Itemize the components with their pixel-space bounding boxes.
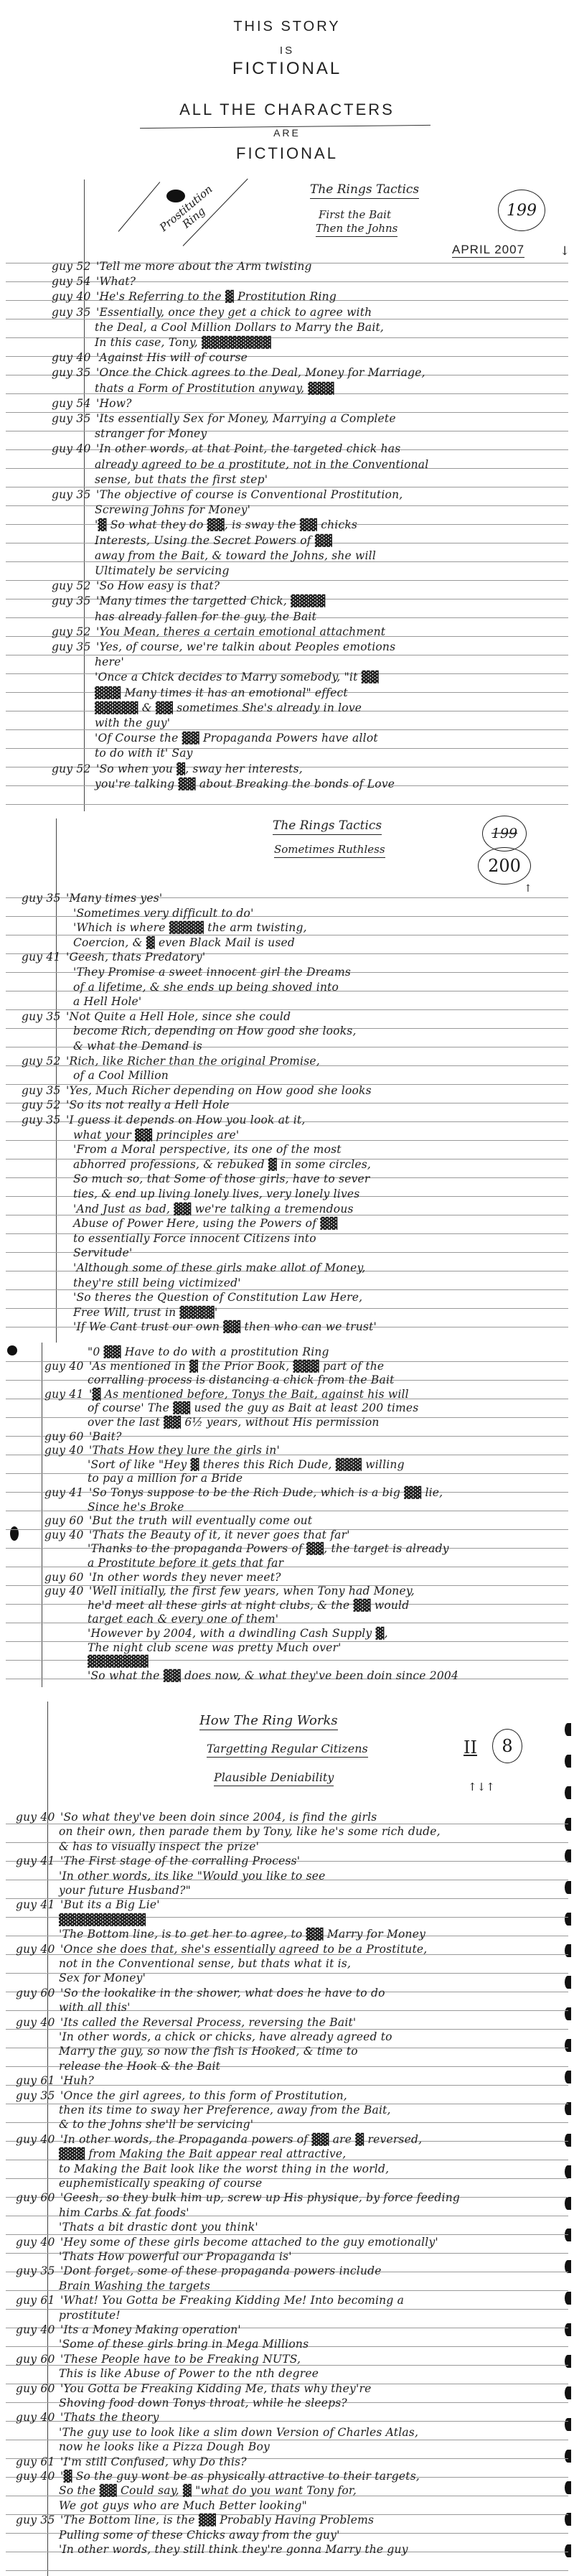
- dialogue-text: This is like Abuse of Power to the nth d…: [59, 2367, 319, 2380]
- dialogue-line: away from the Bait, & toward the Johns, …: [95, 549, 376, 562]
- binder-hole: [565, 2197, 571, 2210]
- dialogue-line: abhorred professions, & rebuked ▓ in som…: [73, 1158, 371, 1171]
- speaker-label: guy 35: [22, 1084, 66, 1097]
- page-number: 200: [478, 847, 531, 885]
- speaker-label: guy 40: [44, 1360, 89, 1373]
- speaker-label: guy 61: [16, 2074, 60, 2087]
- dialogue-text: & to the Johns she'll be servicing': [59, 2118, 253, 2131]
- dialogue-text: So the ▓▓ Could say, ▓ "what do you want…: [59, 2484, 357, 2497]
- stamp-border-left: [118, 182, 161, 232]
- speaker-label: guy 40: [16, 1943, 60, 1956]
- dialogue-line: become Rich, depending on How good she l…: [73, 1025, 357, 1037]
- dialogue-text: 'But the truth will eventually come out: [89, 1514, 312, 1527]
- dialogue-text: abhorred professions, & rebuked ▓ in som…: [73, 1158, 371, 1171]
- speaker-label: guy 40: [16, 2411, 60, 2424]
- dialogue-text: 'And Just as bad, ▓▓ we're talking a tre…: [73, 1203, 354, 1215]
- dialogue-text: 'Huh?: [60, 2074, 94, 2087]
- dialogue-line: 'Thats a bit drastic dont you think': [59, 2221, 258, 2234]
- dialogue-text: Shoving food down Tonys throat, while he…: [59, 2397, 347, 2409]
- dialogue-text: 'Its a Money Making operation': [60, 2323, 241, 2336]
- dialogue-text: ▓▓▓ Many times it has an emotional" effe…: [95, 686, 348, 699]
- dialogue-line: 'However by 2004, with a dwindling Cash …: [88, 1627, 388, 1640]
- page-number: 199: [498, 190, 545, 231]
- dialogue-text: of course' The ▓▓ used the guy as Bait a…: [88, 1401, 418, 1414]
- speaker-label: guy 40: [44, 1529, 89, 1541]
- dialogue-line: already agreed to be a prostitute, not i…: [95, 458, 428, 471]
- dialogue-text: Servitude': [73, 1246, 132, 1259]
- dialogue-line: guy 35'Not Quite a Hell Hole, since she …: [22, 1010, 291, 1023]
- ruled-line: [6, 748, 568, 749]
- dialogue-line: 'Although some of these girls make allot…: [73, 1261, 365, 1274]
- dialogue-line: guy 52'Rich, like Richer than the origin…: [22, 1055, 320, 1068]
- dialogue-text: 'Sometimes very difficult to do': [73, 907, 254, 920]
- dialogue-text: 'Thats How powerful our Propaganda is': [59, 2250, 292, 2263]
- dialogue-line: Shoving food down Tonys throat, while he…: [59, 2397, 347, 2409]
- dialogue-text: 'Which is where ▓▓▓▓ the arm twisting,: [73, 921, 307, 934]
- dialogue-text: 'Some of these girls bring in Mega Milli…: [59, 2338, 309, 2351]
- dialogue-line: to do with it' Say: [95, 747, 193, 760]
- dialogue-text: ▓▓▓▓▓ & ▓▓ sometimes She's already in lo…: [95, 701, 362, 714]
- dialogue-line: guy 61'Huh?: [16, 2074, 94, 2087]
- speaker-label: guy 60: [44, 1430, 89, 1443]
- dialogue-line: Abuse of Power Here, using the Powers of…: [73, 1217, 338, 1230]
- dialogue-text: 'Bait?: [89, 1430, 122, 1443]
- dialogue-line: guy 52'So when you ▓, sway her interests…: [52, 762, 303, 775]
- dialogue-line: 'Thanks to the propaganda Powers of ▓▓, …: [88, 1542, 449, 1555]
- dialogue-text: 'Once she does that, she's essentially a…: [60, 1943, 427, 1956]
- speaker-label: guy 40: [44, 1585, 89, 1597]
- dialogue-text: 'The Bottom line, is to get her to agree…: [59, 1928, 425, 1941]
- dialogue-line: 'Some of these girls bring in Mega Milli…: [59, 2338, 309, 2351]
- dialogue-text: Marry the guy, so now the fish is Hooked…: [59, 2045, 358, 2058]
- speaker-label: guy 61: [16, 2294, 60, 2307]
- dialogue-text: here': [95, 655, 124, 668]
- binder-hole: [565, 1944, 571, 1957]
- binder-hole: [565, 2134, 571, 2147]
- dialogue-text: 'So the lookalike in the shower, what do…: [60, 1987, 385, 1999]
- dialogue-text: become Rich, depending on How good she l…: [73, 1025, 357, 1037]
- dialogue-line: here': [95, 655, 124, 668]
- dialogue-text: Brain Washing the targets: [59, 2279, 210, 2292]
- dialogue-text: 'In other words, the Propaganda powers o…: [60, 2133, 422, 2146]
- dialogue-line: ties, & end up living lonely lives, very…: [73, 1187, 359, 1200]
- dialogue-text: to do with it' Say: [95, 747, 193, 760]
- dialogue-line: & what the Demand is: [73, 1040, 202, 1053]
- dialogue-line: guy 35'The Bottom line, is the ▓▓ Probab…: [16, 2514, 374, 2526]
- dialogue-text: ▓▓▓ from Making the Bait appear real att…: [59, 2147, 346, 2160]
- disclaimer-line-5: ARE: [0, 127, 574, 139]
- dialogue-text: Since he's Broke: [88, 1501, 184, 1513]
- speaker-label: guy 52: [52, 625, 96, 638]
- speaker-label: guy 41: [16, 1854, 60, 1867]
- dialogue-text: ties, & end up living lonely lives, very…: [73, 1187, 359, 1200]
- dialogue-text: euphemistically speaking of course: [59, 2177, 262, 2190]
- dialogue-text: of a lifetime, & she ends up being shove…: [73, 981, 339, 994]
- ruled-line: [6, 2029, 568, 2030]
- dialogue-text: 'The objective of course is Conventional…: [96, 488, 403, 501]
- dialogue-text: sense, but thats the first step': [95, 473, 268, 486]
- dialogue-line: 'They Promise a sweet innocent girl the …: [73, 966, 351, 979]
- dialogue-text: 'Many times yes': [66, 892, 162, 905]
- dialogue-text: him Carbs & fat foods': [59, 2206, 189, 2219]
- dialogue-line: guy 60'These People have to be Freaking …: [16, 2353, 301, 2366]
- dialogue-text: 'Once the Chick agrees to the Deal, Mone…: [96, 366, 425, 379]
- margin-line: [42, 1343, 42, 1687]
- dialogue-text: away from the Bait, & toward the Johns, …: [95, 549, 376, 562]
- dialogue-text: '▓ So what they do ▓▓, is sway the ▓▓ ch…: [95, 518, 357, 531]
- ruled-line: [6, 729, 568, 730]
- dialogue-text: on their own, then parade them by Tony, …: [59, 1825, 441, 1838]
- dialogue-line: prostitute!: [59, 2309, 121, 2322]
- speaker-label: guy 35: [52, 488, 96, 501]
- disclaimer-line-6: FICTIONAL: [0, 144, 574, 163]
- dialogue-line: not in the Conventional sense, but thats…: [59, 1957, 351, 1970]
- dialogue-text: 'So Tonys suppose to be the Rich Dude, w…: [89, 1486, 443, 1499]
- speaker-label: guy 60: [16, 2353, 60, 2366]
- dialogue-text: the Deal, a Cool Million Dollars to Marr…: [95, 321, 384, 334]
- redaction-mark: [166, 190, 185, 202]
- dialogue-line: Servitude': [73, 1246, 132, 1259]
- dialogue-line: This is like Abuse of Power to the nth d…: [59, 2367, 319, 2380]
- dialogue-text: Coercion, & ▓ even Black Mail is used: [73, 936, 295, 949]
- binder-hole: [565, 2007, 571, 2020]
- dialogue-line: he'd meet all these girls at night clubs…: [88, 1599, 409, 1612]
- dialogue-line: So much so, that Some of those girls, ha…: [73, 1172, 370, 1185]
- page-subheading-1: Targetting Regular Citizens: [207, 1742, 368, 1758]
- dialogue-line: guy 40'Its a Money Making operation': [16, 2323, 241, 2336]
- speaker-label: guy 35: [22, 1114, 66, 1126]
- dialogue-text: 'Once the girl agrees, to this form of P…: [60, 2089, 347, 2102]
- dialogue-text: then its time to sway her Preference, aw…: [59, 2104, 391, 2117]
- speaker-label: guy 35: [16, 2514, 60, 2526]
- dialogue-text: release the Hook & the Bait: [59, 2060, 220, 2073]
- binder-hole: [565, 2481, 571, 2494]
- dialogue-text: "0 ▓▓ Have to do with a prostitution Rin…: [88, 1345, 329, 1358]
- page-subheading-1: First the Bait: [319, 208, 391, 221]
- ruled-line: [6, 319, 568, 319]
- dialogue-line: target each & every one of them': [88, 1613, 278, 1625]
- speaker-label: guy 35: [52, 640, 96, 653]
- dialogue-text: Screwing Johns for Money': [95, 503, 250, 516]
- dialogue-text: 'Dont forget, some of these propaganda p…: [60, 2264, 382, 2277]
- dialogue-line: the Deal, a Cool Million Dollars to Marr…: [95, 321, 384, 334]
- binder-hole: [565, 2229, 571, 2241]
- dialogue-line: of a lifetime, & she ends up being shove…: [73, 981, 339, 994]
- dialogue-line: guy 40'Hey some of these girls become at…: [16, 2236, 438, 2249]
- dialogue-text: & what the Demand is: [73, 1040, 202, 1053]
- dialogue-line: euphemistically speaking of course: [59, 2177, 262, 2190]
- binder-hole: [565, 2418, 571, 2431]
- dialogue-text: 'As mentioned in ▓ the Prior Book, ▓▓▓ p…: [89, 1360, 384, 1373]
- dialogue-text: 'So what they've been doin since 2004, i…: [60, 1811, 377, 1824]
- dialogue-text: 'Rich, like Richer than the original Pro…: [66, 1055, 320, 1068]
- dialogue-line: sense, but thats the first step': [95, 473, 268, 486]
- binder-hole-mark: [7, 1345, 17, 1355]
- dialogue-text: your future Husband?": [59, 1884, 191, 1897]
- speaker-label: guy 35: [52, 594, 96, 607]
- notebook-page-199: Prostitution Ring The Rings Tactics Firs…: [0, 179, 574, 811]
- dialogue-text: 'Well initially, the first few years, wh…: [89, 1585, 415, 1597]
- dialogue-line: guy 35'The objective of course is Conven…: [52, 488, 403, 501]
- dialogue-text: you're talking ▓▓ about Breaking the bon…: [95, 778, 395, 790]
- binder-hole-mark: [10, 1526, 19, 1541]
- dialogue-line: 'In other words, its like "Would you lik…: [59, 1870, 325, 1882]
- dialogue-text: '▓ So the guy wont be as physically attr…: [60, 2470, 420, 2483]
- disclaimer-line-1: THIS STORY: [0, 19, 574, 35]
- dialogue-line: guy 35'Once the girl agrees, to this for…: [16, 2089, 347, 2102]
- speaker-label: guy 35: [16, 2264, 60, 2277]
- dialogue-text: not in the Conventional sense, but thats…: [59, 1957, 351, 1970]
- dialogue-text: We got guys who are Much Better looking": [59, 2499, 307, 2512]
- dialogue-text: 'Yes, Much Richer depending on How good …: [66, 1084, 372, 1097]
- binder-hole: [565, 2323, 571, 2336]
- dialogue-text: 'Of Course the ▓▓ Propaganda Powers have…: [95, 732, 378, 745]
- dialogue-text: stranger for Money: [95, 427, 207, 440]
- dialogue-text: to pay a million for a Bride: [88, 1472, 243, 1485]
- dialogue-text: a Hell Hole': [73, 995, 141, 1008]
- dialogue-line: guy 60'So the lookalike in the shower, w…: [16, 1987, 385, 1999]
- dialogue-text: over the last ▓▓ 6½ years, without His p…: [88, 1416, 380, 1429]
- old-page-number: 199: [482, 816, 527, 851]
- dialogue-line: of a Cool Million: [73, 1069, 169, 1082]
- dialogue-line: guy 40'▓ So the guy wont be as physicall…: [16, 2470, 420, 2483]
- dialogue-text: & has to visually inspect the prize': [59, 1840, 259, 1853]
- dialogue-line: guy 52'Tell me more about the Arm twisti…: [52, 260, 312, 273]
- speaker-label: guy 41: [22, 951, 66, 963]
- binder-hole: [565, 2071, 571, 2083]
- dialogue-text: 'You Gotta be Freaking Kidding Me, thats…: [60, 2382, 371, 2395]
- dialogue-text: 'What! You Gotta be Freaking Kidding Me!…: [60, 2294, 404, 2307]
- dialogue-text: Free Will, trust in ▓▓▓▓': [73, 1306, 217, 1319]
- ruled-line: [6, 487, 568, 487]
- dialogue-line: guy 54'What?: [52, 275, 136, 288]
- dialogue-line: guy 60'But the truth will eventually com…: [44, 1514, 312, 1527]
- speaker-label: guy 41: [44, 1388, 89, 1401]
- disclaimer-line-3: FICTIONAL: [0, 59, 574, 79]
- dialogue-line: 'From a Moral perspective, its one of th…: [73, 1143, 342, 1156]
- dialogue-line: guy 40'As mentioned in ▓ the Prior Book,…: [44, 1360, 384, 1373]
- speaker-label: guy 52: [52, 762, 96, 775]
- dialogue-text: to essentially Force innocent Citizens i…: [73, 1232, 316, 1245]
- dialogue-text: Interests, Using the Secret Powers of ▓▓: [95, 534, 332, 547]
- dialogue-line: guy 60'You Gotta be Freaking Kidding Me,…: [16, 2382, 371, 2395]
- dialogue-line: guy 40'Thats the theory: [16, 2411, 159, 2424]
- dialogue-line: 'So theres the Question of Constitution …: [73, 1291, 362, 1304]
- dialogue-line: The night club scene was pretty Much ove…: [88, 1641, 342, 1654]
- page-subheading-2: Then the Johns: [316, 222, 397, 237]
- dialogue-text: has already fallen for the guy, the Bait: [95, 610, 316, 623]
- ruled-line: [6, 337, 568, 338]
- dialogue-line: 'Which is where ▓▓▓▓ the arm twisting,: [73, 921, 307, 934]
- page-heading: The Rings Tactics: [273, 818, 382, 835]
- dialogue-line: now he looks like a Pizza Dough Boy: [59, 2440, 270, 2453]
- dialogue-text: corralling process is distancing a chick…: [88, 1373, 395, 1386]
- speaker-label: guy 52: [22, 1098, 66, 1111]
- dialogue-line: 'The Bottom line, is to get her to agree…: [59, 1928, 425, 1941]
- dialogue-line: guy 40'He's Referring to the ▓ Prostitut…: [52, 290, 337, 303]
- dialogue-line: to essentially Force innocent Citizens i…: [73, 1232, 316, 1245]
- dialogue-text: 'Against His will of course: [96, 351, 248, 364]
- dialogue-line: him Carbs & fat foods': [59, 2206, 189, 2219]
- speaker-label: guy 40: [52, 351, 96, 364]
- ruled-line: [6, 505, 568, 506]
- dialogue-text: Ultimately be servicing: [95, 564, 230, 577]
- dialogue-line: ▓▓▓▓▓▓▓▓▓▓: [59, 1913, 146, 1926]
- dialogue-line: In this case, Tony, ▓▓▓▓▓▓▓▓: [95, 336, 271, 349]
- dialogue-text: already agreed to be a prostitute, not i…: [95, 458, 428, 471]
- dialogue-line: over the last ▓▓ 6½ years, without His p…: [88, 1416, 380, 1429]
- dialogue-line: ▓▓▓▓▓▓▓: [88, 1655, 149, 1668]
- notebook-page-200: The Rings Tactics Sometimes Ruthless 199…: [0, 818, 574, 1343]
- dialogue-line: 'The guy use to look like a slim down Ve…: [59, 2426, 418, 2439]
- dialogue-line: guy 41'But its a Big Lie': [16, 1898, 160, 1911]
- page-heading: The Rings Tactics: [310, 182, 419, 199]
- dialogue-line: corralling process is distancing a chick…: [88, 1373, 395, 1386]
- dialogue-text: target each & every one of them': [88, 1613, 278, 1625]
- binder-hole: [565, 1913, 571, 1926]
- dialogue-text: to Making the Bait look like the worst t…: [59, 2162, 389, 2175]
- dialogue-line: then its time to sway her Preference, aw…: [59, 2104, 391, 2117]
- dialogue-line: guy 35'Essentially, once they get a chic…: [52, 306, 372, 319]
- dialogue-text: 'Thats the Beauty of it, it never goes t…: [89, 1529, 350, 1541]
- dialogue-text: 'Many times the targetted Chick, ▓▓▓▓: [96, 594, 326, 607]
- ruled-line: [6, 2570, 568, 2571]
- dialogue-text: 'Once a Chick decides to Marry somebody,…: [95, 671, 379, 683]
- dialogue-line: guy 40'In other words, at that Point, th…: [52, 442, 400, 455]
- dialogue-text: The night club scene was pretty Much ove…: [88, 1641, 342, 1654]
- dialogue-text: Abuse of Power Here, using the Powers of…: [73, 1217, 338, 1230]
- dialogue-text: 'What?: [96, 275, 136, 288]
- dialogue-line: they're still being victimized': [73, 1277, 241, 1289]
- dialogue-text: prostitute!: [59, 2309, 121, 2322]
- dialogue-line: We got guys who are Much Better looking": [59, 2499, 307, 2512]
- dialogue-line: 'In other words, they still think they'r…: [59, 2543, 408, 2556]
- dialogue-text: 'The Bottom line, is the ▓▓ Probably Hav…: [60, 2514, 374, 2526]
- binder-hole: [565, 1755, 571, 1768]
- dialogue-text: 'These People have to be Freaking NUTS,: [60, 2353, 301, 2366]
- dialogue-line: your future Husband?": [59, 1884, 191, 1897]
- speaker-label: guy 35: [22, 892, 66, 905]
- binder-hole: [565, 2386, 571, 2399]
- dialogue-text: they're still being victimized': [73, 1277, 241, 1289]
- dialogue-text: a Prostitute before it gets that far: [88, 1557, 283, 1569]
- dialogue-line: stranger for Money: [95, 427, 207, 440]
- dialogue-text: 'I'm still Confused, why Do this?: [60, 2455, 247, 2468]
- dialogue-line: Screwing Johns for Money': [95, 503, 250, 516]
- ruled-line: [6, 1289, 568, 1290]
- dialogue-line: guy 40'So what they've been doin since 2…: [16, 1811, 377, 1824]
- speaker-label: guy 60: [16, 2191, 60, 2204]
- dialogue-line: on their own, then parade them by Tony, …: [59, 1825, 441, 1838]
- speaker-label: guy 41: [16, 1898, 60, 1911]
- dialogue-line: Brain Washing the targets: [59, 2279, 210, 2292]
- dialogue-text: 'In other words, a chick or chicks, have…: [59, 2030, 392, 2043]
- dialogue-line: 'And Just as bad, ▓▓ we're talking a tre…: [73, 1203, 354, 1215]
- dialogue-line: Since he's Broke: [88, 1501, 184, 1513]
- dialogue-line: guy 40'Against His will of course: [52, 351, 248, 364]
- notebook-page-continuation: "0 ▓▓ Have to do with a prostitution Rin…: [0, 1343, 574, 1687]
- dialogue-text: 'From a Moral perspective, its one of th…: [73, 1143, 342, 1156]
- dialogue-text: 'Tell me more about the Arm twisting: [96, 260, 312, 273]
- ruled-line: [6, 655, 568, 655]
- dialogue-line: 'Once a Chick decides to Marry somebody,…: [95, 671, 379, 683]
- dialogue-line: guy 52'So its not really a Hell Hole: [22, 1098, 230, 1111]
- speaker-label: guy 40: [16, 2016, 60, 2029]
- dialogue-line: 'So what the ▓▓ does now, & what they've…: [88, 1669, 458, 1682]
- dialogue-text: 'Not Quite a Hell Hole, since she could: [66, 1010, 291, 1023]
- page-number: 8: [492, 1729, 522, 1763]
- dialogue-text: 'He's Referring to the ▓ Prostitution Ri…: [96, 290, 337, 303]
- dialogue-line: Marry the guy, so now the fish is Hooked…: [59, 2045, 358, 2058]
- arrows-icon: ↑↓↑: [468, 1781, 495, 1793]
- dialogue-line: has already fallen for the guy, the Bait: [95, 610, 316, 623]
- speaker-label: guy 41: [44, 1486, 89, 1499]
- dialogue-text: 'In other words, its like "Would you lik…: [59, 1870, 325, 1882]
- dialogue-text: 'So its not really a Hell Hole: [66, 1098, 230, 1111]
- dialogue-text: 'They Promise a sweet innocent girl the …: [73, 966, 351, 979]
- dialogue-line: thats a Form of Prostitution anyway, ▓▓▓: [95, 382, 334, 395]
- dialogue-line: release the Hook & the Bait: [59, 2060, 220, 2073]
- dialogue-line: Interests, Using the Secret Powers of ▓▓: [95, 534, 332, 547]
- dialogue-line: to Making the Bait look like the worst t…: [59, 2162, 389, 2175]
- ruled-line: [6, 804, 568, 805]
- dialogue-line: a Prostitute before it gets that far: [88, 1557, 283, 1569]
- dialogue-line: guy 40'Thats How they lure the girls in': [44, 1444, 280, 1457]
- dialogue-line: of course' The ▓▓ used the guy as Bait a…: [88, 1401, 418, 1414]
- dialogue-line: with all this': [59, 2001, 131, 2014]
- notebook-page-ii-8: How The Ring Works Targetting Regular Ci…: [0, 1702, 574, 2576]
- speaker-label: guy 40: [16, 2323, 60, 2336]
- dialogue-line: Sex for Money': [59, 1971, 146, 1984]
- dialogue-line: guy 35'I guess it depends on How you loo…: [22, 1114, 305, 1126]
- dialogue-text: now he looks like a Pizza Dough Boy: [59, 2440, 270, 2453]
- speaker-label: guy 60: [44, 1514, 89, 1527]
- disclaimer-line-2: IS: [0, 45, 574, 57]
- dialogue-line: to pay a million for a Bride: [88, 1472, 243, 1485]
- dialogue-line: guy 41'Geesh, thats Predatory': [22, 951, 205, 963]
- dialogue-line: Coercion, & ▓ even Black Mail is used: [73, 936, 295, 949]
- dialogue-line: So the ▓▓ Could say, ▓ "what do you want…: [59, 2484, 357, 2497]
- dialogue-text: 'Thanks to the propaganda Powers of ▓▓, …: [88, 1542, 449, 1555]
- dialogue-text: 'Sort of like "Hey ▓ theres this Rich Du…: [88, 1458, 405, 1471]
- dialogue-text: ▓▓▓▓▓▓▓: [88, 1655, 149, 1668]
- dialogue-text: 'Although some of these girls make allot…: [73, 1261, 365, 1274]
- dialogue-text: Pulling some of these Chicks away from t…: [59, 2529, 340, 2542]
- dialogue-line: what your ▓▓ principles are': [73, 1129, 239, 1142]
- dialogue-line: Free Will, trust in ▓▓▓▓': [73, 1306, 217, 1319]
- dialogue-line: 'Sort of like "Hey ▓ theres this Rich Du…: [88, 1458, 405, 1471]
- dialogue-text: 'Its essentially Sex for Money, Marrying…: [96, 412, 396, 425]
- dialogue-line: guy 40'Its called the Reversal Process, …: [16, 2016, 356, 2029]
- dialogue-text: 'How?: [96, 397, 132, 410]
- ruled-line: [6, 1824, 568, 1824]
- speaker-label: guy 61: [16, 2455, 60, 2468]
- dialogue-text: 'Essentially, once they get a chick to a…: [96, 306, 372, 319]
- dialogue-line: Ultimately be servicing: [95, 564, 230, 577]
- dialogue-text: 'Geesh, thats Predatory': [66, 951, 205, 963]
- dialogue-text: 'Hey some of these girls become attached…: [60, 2236, 438, 2249]
- speaker-label: guy 60: [16, 1987, 60, 1999]
- binder-hole: [565, 2165, 571, 2178]
- dialogue-text: with the guy': [95, 717, 170, 729]
- dialogue-text: he'd meet all these girls at night clubs…: [88, 1599, 409, 1612]
- dialogue-line: 'If We Cant trust our own ▓▓ then who ca…: [73, 1320, 377, 1333]
- speaker-label: guy 35: [52, 412, 96, 425]
- dialogue-line: ▓▓▓ Many times it has an emotional" effe…: [95, 686, 348, 699]
- speaker-label: guy 40: [16, 1811, 60, 1824]
- dialogue-line: guy 52'You Mean, theres a certain emotio…: [52, 625, 385, 638]
- speaker-label: guy 40: [52, 290, 96, 303]
